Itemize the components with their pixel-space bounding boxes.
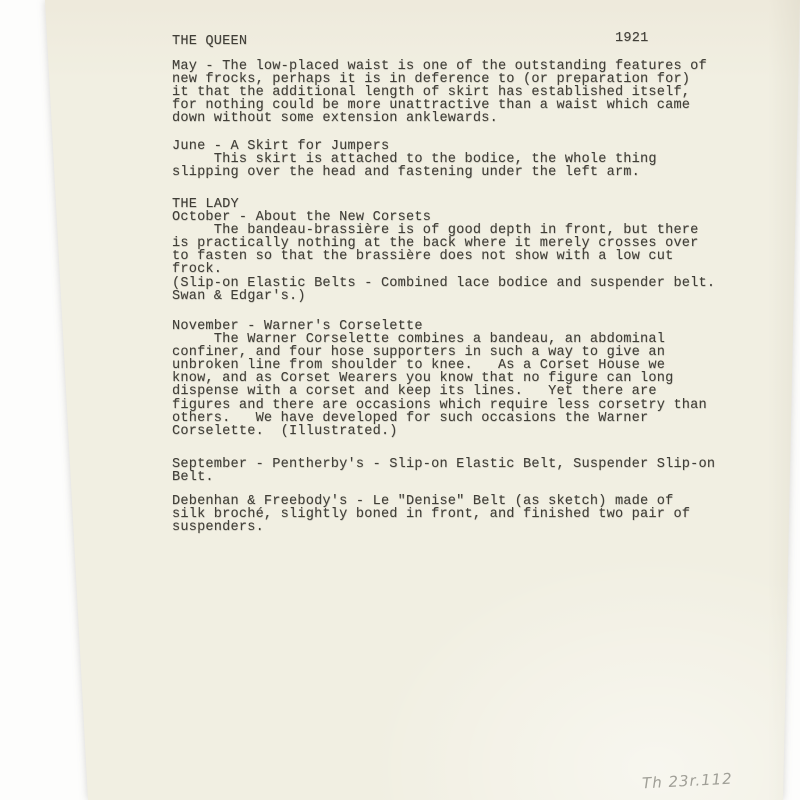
paragraph-the-lady-october: THE LADY October - About the New Corsets… [172,198,715,303]
paragraph-may: May - The low-placed waist is one of the… [172,60,707,125]
scanned-page: THE QUEEN 1921 May - The low-placed wais… [0,0,800,800]
paragraph-debenham: Debenhan & Freebody's - Le "Denise" Belt… [172,495,690,534]
paper-sheet: THE QUEEN 1921 May - The low-placed wais… [0,0,800,800]
paragraph-september: September - Pentherby's - Slip-on Elasti… [172,458,715,484]
paper-shadow: THE QUEEN 1921 May - The low-placed wais… [0,0,800,800]
paragraph-november: November - Warner's Corselette The Warne… [172,320,707,438]
paragraph-june: June - A Skirt for Jumpers This skirt is… [172,140,657,179]
year-label: 1921 [615,32,648,45]
publication-title: THE QUEEN [172,35,247,48]
pencil-shelfmark-annotation: Th 23r.112 [642,770,734,793]
